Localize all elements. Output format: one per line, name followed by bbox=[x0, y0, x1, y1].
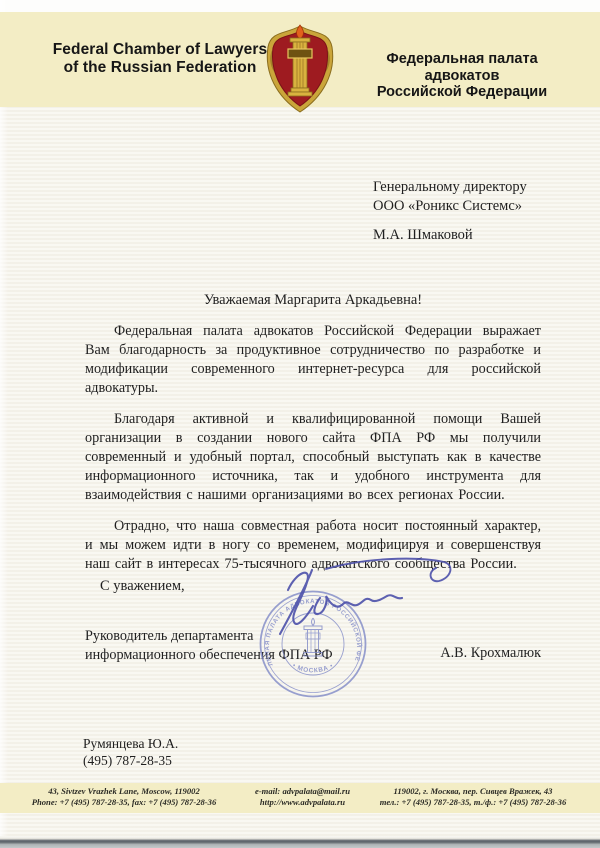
org-name-english-line2: of the Russian Federation bbox=[25, 59, 295, 77]
recipient-block: Генеральному директору ООО «Роникс Систе… bbox=[373, 178, 527, 245]
contact-person-name: Румянцева Ю.А. bbox=[83, 735, 178, 752]
footer-address-russian-line2: тел.: +7 (495) 787-28-35, т./ф.: +7 (495… bbox=[368, 797, 578, 808]
scan-bottom-shadow bbox=[0, 836, 600, 848]
signer-title-line1: Руководитель департамента bbox=[85, 627, 333, 646]
footer-address-english-line2: Phone: +7 (495) 787-28-35, fax: +7 (495)… bbox=[8, 797, 240, 808]
org-name-russian-line1: Федеральная палата адвокатов bbox=[352, 51, 572, 84]
svg-text:• МОСКВА •: • МОСКВА • bbox=[291, 662, 335, 674]
footer-address-russian-line1: 119002, г. Москва, пер. Сивцев Вражек, 4… bbox=[368, 786, 578, 797]
signer-name: А.В. Крохмалюк bbox=[400, 645, 541, 662]
footer-web-contacts: e-mail: advpalata@mail.ru http://www.adv… bbox=[240, 786, 365, 808]
salutation: Уважаемая Маргарита Аркадьевна! bbox=[85, 292, 541, 309]
org-name-russian: Федеральная палата адвокатов Российской … bbox=[352, 51, 572, 101]
paragraph-3: Отрадно, что наша совместная работа носи… bbox=[85, 517, 541, 574]
chamber-emblem-icon bbox=[261, 21, 339, 120]
signer-title-line2: информационного обеспечения ФПА РФ bbox=[85, 646, 333, 665]
contact-person-phone: (495) 787-28-35 bbox=[83, 752, 178, 769]
signer-title: Руководитель департамента информационног… bbox=[85, 627, 333, 664]
contact-person-block: Румянцева Ю.А. (495) 787-28-35 bbox=[83, 735, 178, 769]
footer-address-russian: 119002, г. Москва, пер. Сивцев Вражек, 4… bbox=[368, 786, 578, 808]
stamp-bottom-text: • МОСКВА • bbox=[291, 662, 335, 674]
org-name-russian-line2: Российской Федерации bbox=[352, 84, 572, 101]
closing-phrase: С уважением, bbox=[100, 578, 185, 595]
org-name-english: Federal Chamber of Lawyers of the Russia… bbox=[25, 41, 295, 76]
paragraph-2: Благодаря активной и квалифицированной п… bbox=[85, 410, 541, 505]
recipient-title: Генеральному директору bbox=[373, 178, 527, 197]
recipient-name: М.А. Шмаковой bbox=[373, 226, 527, 245]
footer-address-english: 43, Sivtzev Vrazhek Lane, Moscow, 119002… bbox=[8, 786, 240, 808]
footer-address-english-line1: 43, Sivtzev Vrazhek Lane, Moscow, 119002 bbox=[8, 786, 240, 797]
scan-top-margin bbox=[0, 0, 600, 12]
scanned-letter-page: Federal Chamber of Lawyers of the Russia… bbox=[0, 0, 600, 848]
scan-left-edge bbox=[0, 0, 8, 836]
footer-email: e-mail: advpalata@mail.ru bbox=[240, 786, 365, 797]
footer-website: http://www.advpalata.ru bbox=[240, 797, 365, 808]
org-name-english-line1: Federal Chamber of Lawyers bbox=[25, 41, 295, 59]
letter-body: Федеральная палата адвокатов Российской … bbox=[85, 322, 541, 586]
recipient-company: ООО «Роникс Системс» bbox=[373, 197, 527, 216]
paragraph-1: Федеральная палата адвокатов Российской … bbox=[85, 322, 541, 398]
